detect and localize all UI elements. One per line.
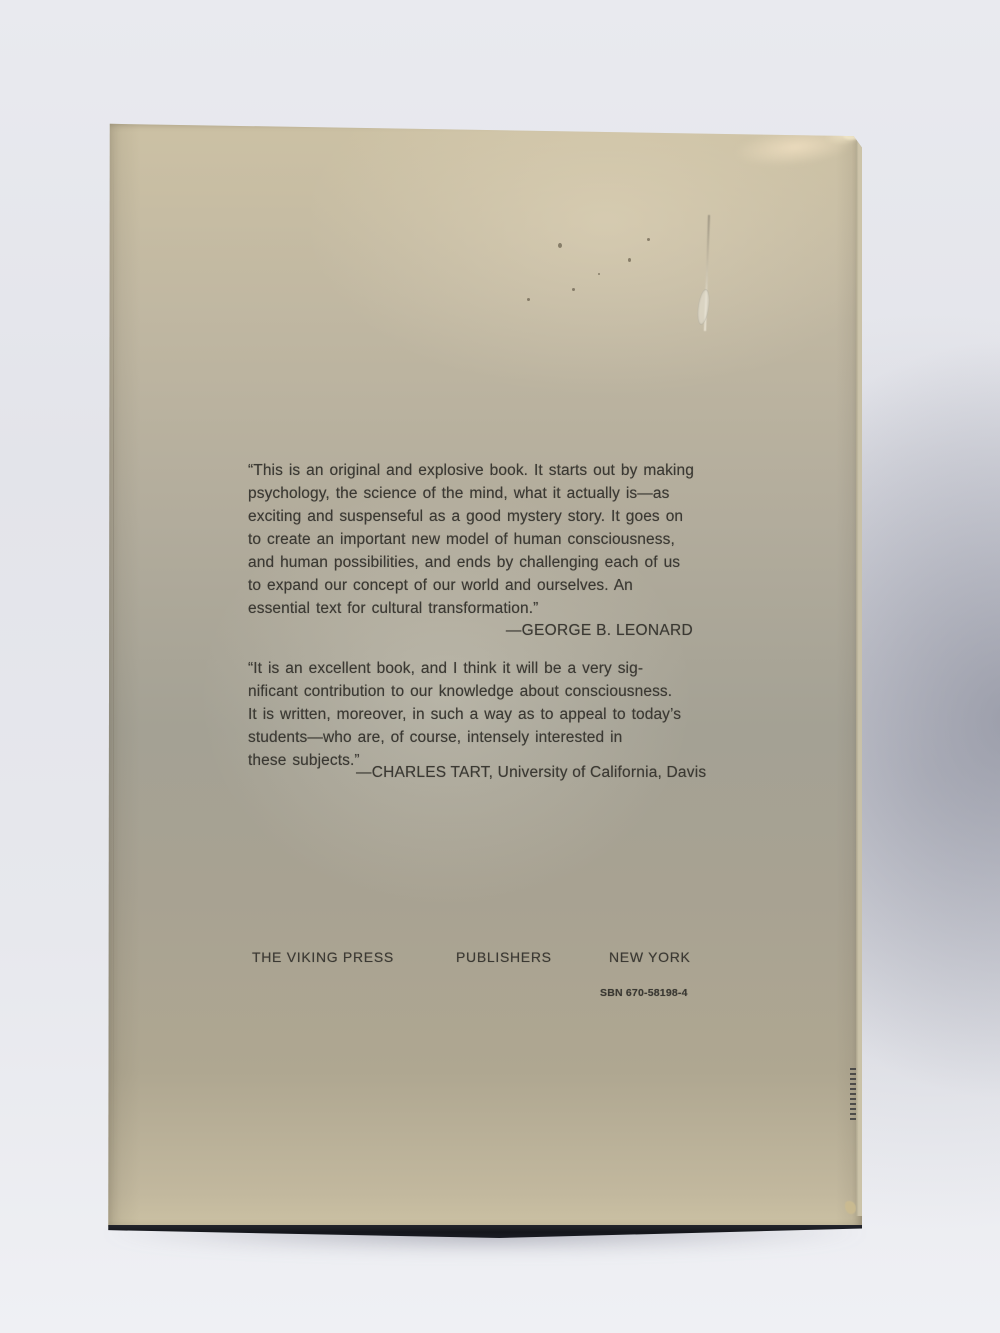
review-quote-leonard: “This is an original and explosive book.… xyxy=(248,459,788,620)
jacket-fold-crease xyxy=(113,125,114,1215)
stain-speck xyxy=(572,288,575,291)
quote-attribution-leonard: —GEORGE B. LEONARD xyxy=(248,619,693,642)
photo-scene: “This is an original and explosive book.… xyxy=(0,0,1000,1333)
worn-patch-stain xyxy=(732,123,857,172)
book-fore-edge xyxy=(856,137,862,1216)
corner-tear-mark xyxy=(842,124,868,141)
worn-patch-stain xyxy=(823,120,868,148)
publisher-role: PUBLISHERS xyxy=(456,949,552,965)
stain-speck xyxy=(527,298,530,301)
dust-jacket: “This is an original and explosive book.… xyxy=(106,121,862,1227)
publisher-city: NEW YORK xyxy=(609,949,691,965)
stain-speck xyxy=(647,238,650,241)
publisher-name: THE VIKING PRESS xyxy=(252,949,394,965)
quote-attribution-tart: —CHARLES TART, University of California,… xyxy=(356,764,706,782)
stain-speck xyxy=(628,258,631,262)
stain-speck xyxy=(598,273,600,275)
review-quote-tart: “It is an excellent book, and I think it… xyxy=(248,657,788,772)
corner-nick-mark xyxy=(845,1201,856,1214)
drip-stain xyxy=(696,288,712,325)
book-back-cover: “This is an original and explosive book.… xyxy=(106,121,862,1238)
sbn-number: SBN 670-58198-4 xyxy=(600,987,688,999)
stain-speck xyxy=(558,243,562,248)
